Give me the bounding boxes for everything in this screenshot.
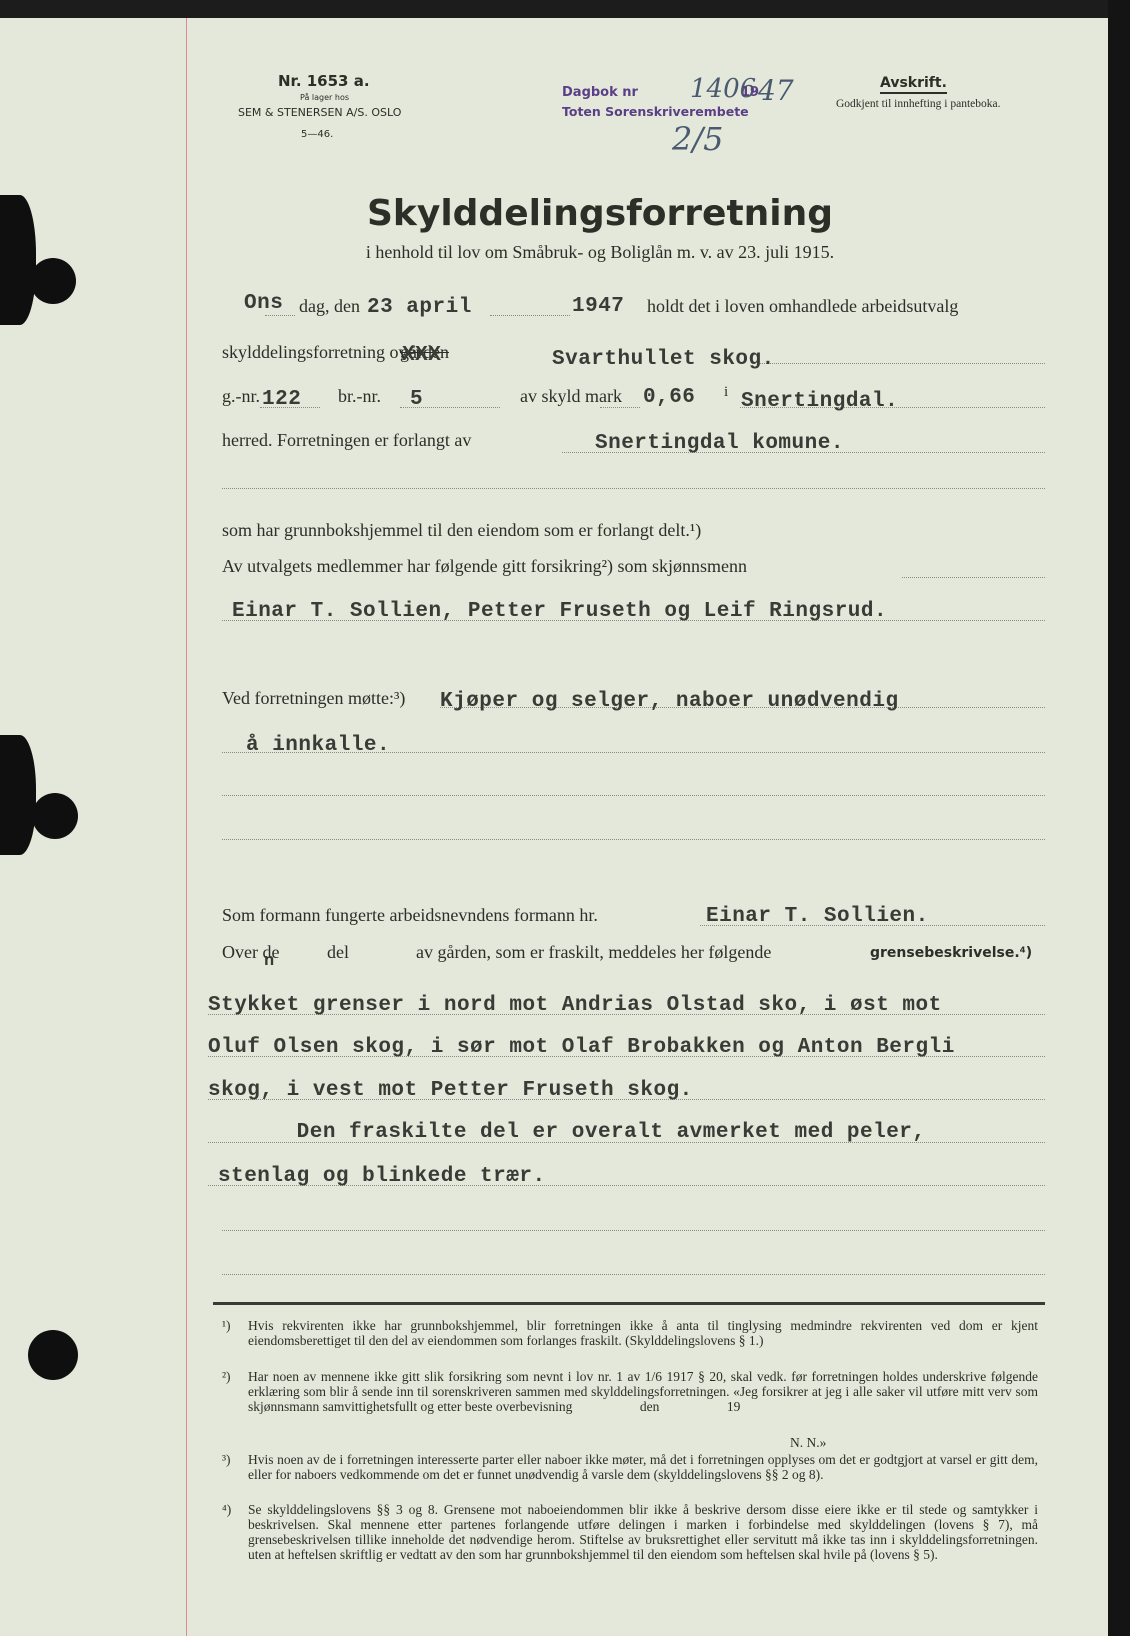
grense-line: Oluf Olsen skog, i sør mot Olaf Brobakke… [208,1036,955,1059]
label-over: skylddelingsforretning over [222,342,421,363]
handwritten-date: 2/5 [672,120,724,158]
godkjent-note: Godkjent til innhefting i panteboka. [836,98,1000,110]
grunnbok-text: som har grunnbokshjemmel til den eiendom… [222,520,701,541]
label-skyld: av skyld mark [520,386,622,407]
office-stamp: Toten Sorenskriverembete [562,104,749,119]
grense-line: stenlag og blinkede trær. [218,1165,546,1188]
stock-note: På lager hos [300,93,349,102]
herred-field: Snertingdal. [741,390,898,413]
label-forlangt: herred. Forretningen er forlangt av [222,430,471,451]
forsikring-text: Av utvalgets medlemmer har følgende gitt… [222,556,747,577]
property-name-field: Svarthullet skog. [552,348,775,371]
bnr-field: 5 [410,388,423,411]
grense-line: skog, i vest mot Petter Fruseth skog. [208,1079,693,1102]
avskrift-label: Avskrift. [880,75,947,94]
label-grensebeskrivelse: grensebeskrivelse.⁴) [870,945,1032,961]
punch-hole-middle-round [32,793,78,839]
dagbok-stamp-label: Dagbok nr [562,85,638,100]
print-date: 5—46. [301,129,333,140]
document-subtitle: i henhold til lov om Småbruk- og Boliglå… [0,242,1130,263]
punch-hole-bottom [28,1330,78,1380]
overtyped-x: XXX [402,344,441,367]
footnote-divider [213,1302,1045,1305]
grense-line: Den fraskilte del er overalt avmerket me… [218,1121,926,1144]
gnr-field: 122 [262,388,301,411]
grense-insert: n [264,952,275,971]
date-field: 23 april [367,296,472,319]
grense-line: Stykket grenser i nord mot Andrias Olsta… [208,994,942,1017]
label-gaarden: av gården, som er fraskilt, meddeles her… [416,942,771,963]
label-dag: dag, den [299,296,360,317]
skjonnsmenn-field: Einar T. Sollien, Petter Fruseth og Leif… [232,600,887,623]
label-del: del [327,942,349,963]
label-motte: Ved forretningen møtte:³) [222,688,405,709]
label-held: holdt det i loven omhandlede arbeidsutva… [647,296,958,317]
label-i: i [724,384,728,401]
stamp-year-prefix: 19 [741,85,759,100]
footnote-2-signature: N. N.» [790,1435,826,1450]
weekday-field: Ons [244,292,283,315]
requester-field: Snertingdal komune. [595,432,844,455]
formann-field: Einar T. Sollien. [706,905,929,928]
form-number: Nr. 1653 a. [278,72,370,90]
label-bnr: br.-nr. [338,386,381,407]
skyld-field: 0,66 [643,386,695,409]
punch-hole-middle [0,735,36,855]
document-title: Skylddelingsforretning [0,193,1130,234]
year-field: 1947 [572,295,624,318]
punch-hole-top-round [30,258,76,304]
label-formann: Som formann fungerte arbeidsnevndens for… [222,905,598,926]
scan-border-top [0,0,1130,18]
motte-field-1: Kjøper og selger, naboer unødvendig [440,690,899,713]
label-gnr: g.-nr. [222,386,260,407]
publisher: SEM & STENERSEN A/S. OSLO [238,106,401,119]
motte-field-2: å innkalle. [246,734,390,757]
dagbok-year: 47 [758,74,794,107]
